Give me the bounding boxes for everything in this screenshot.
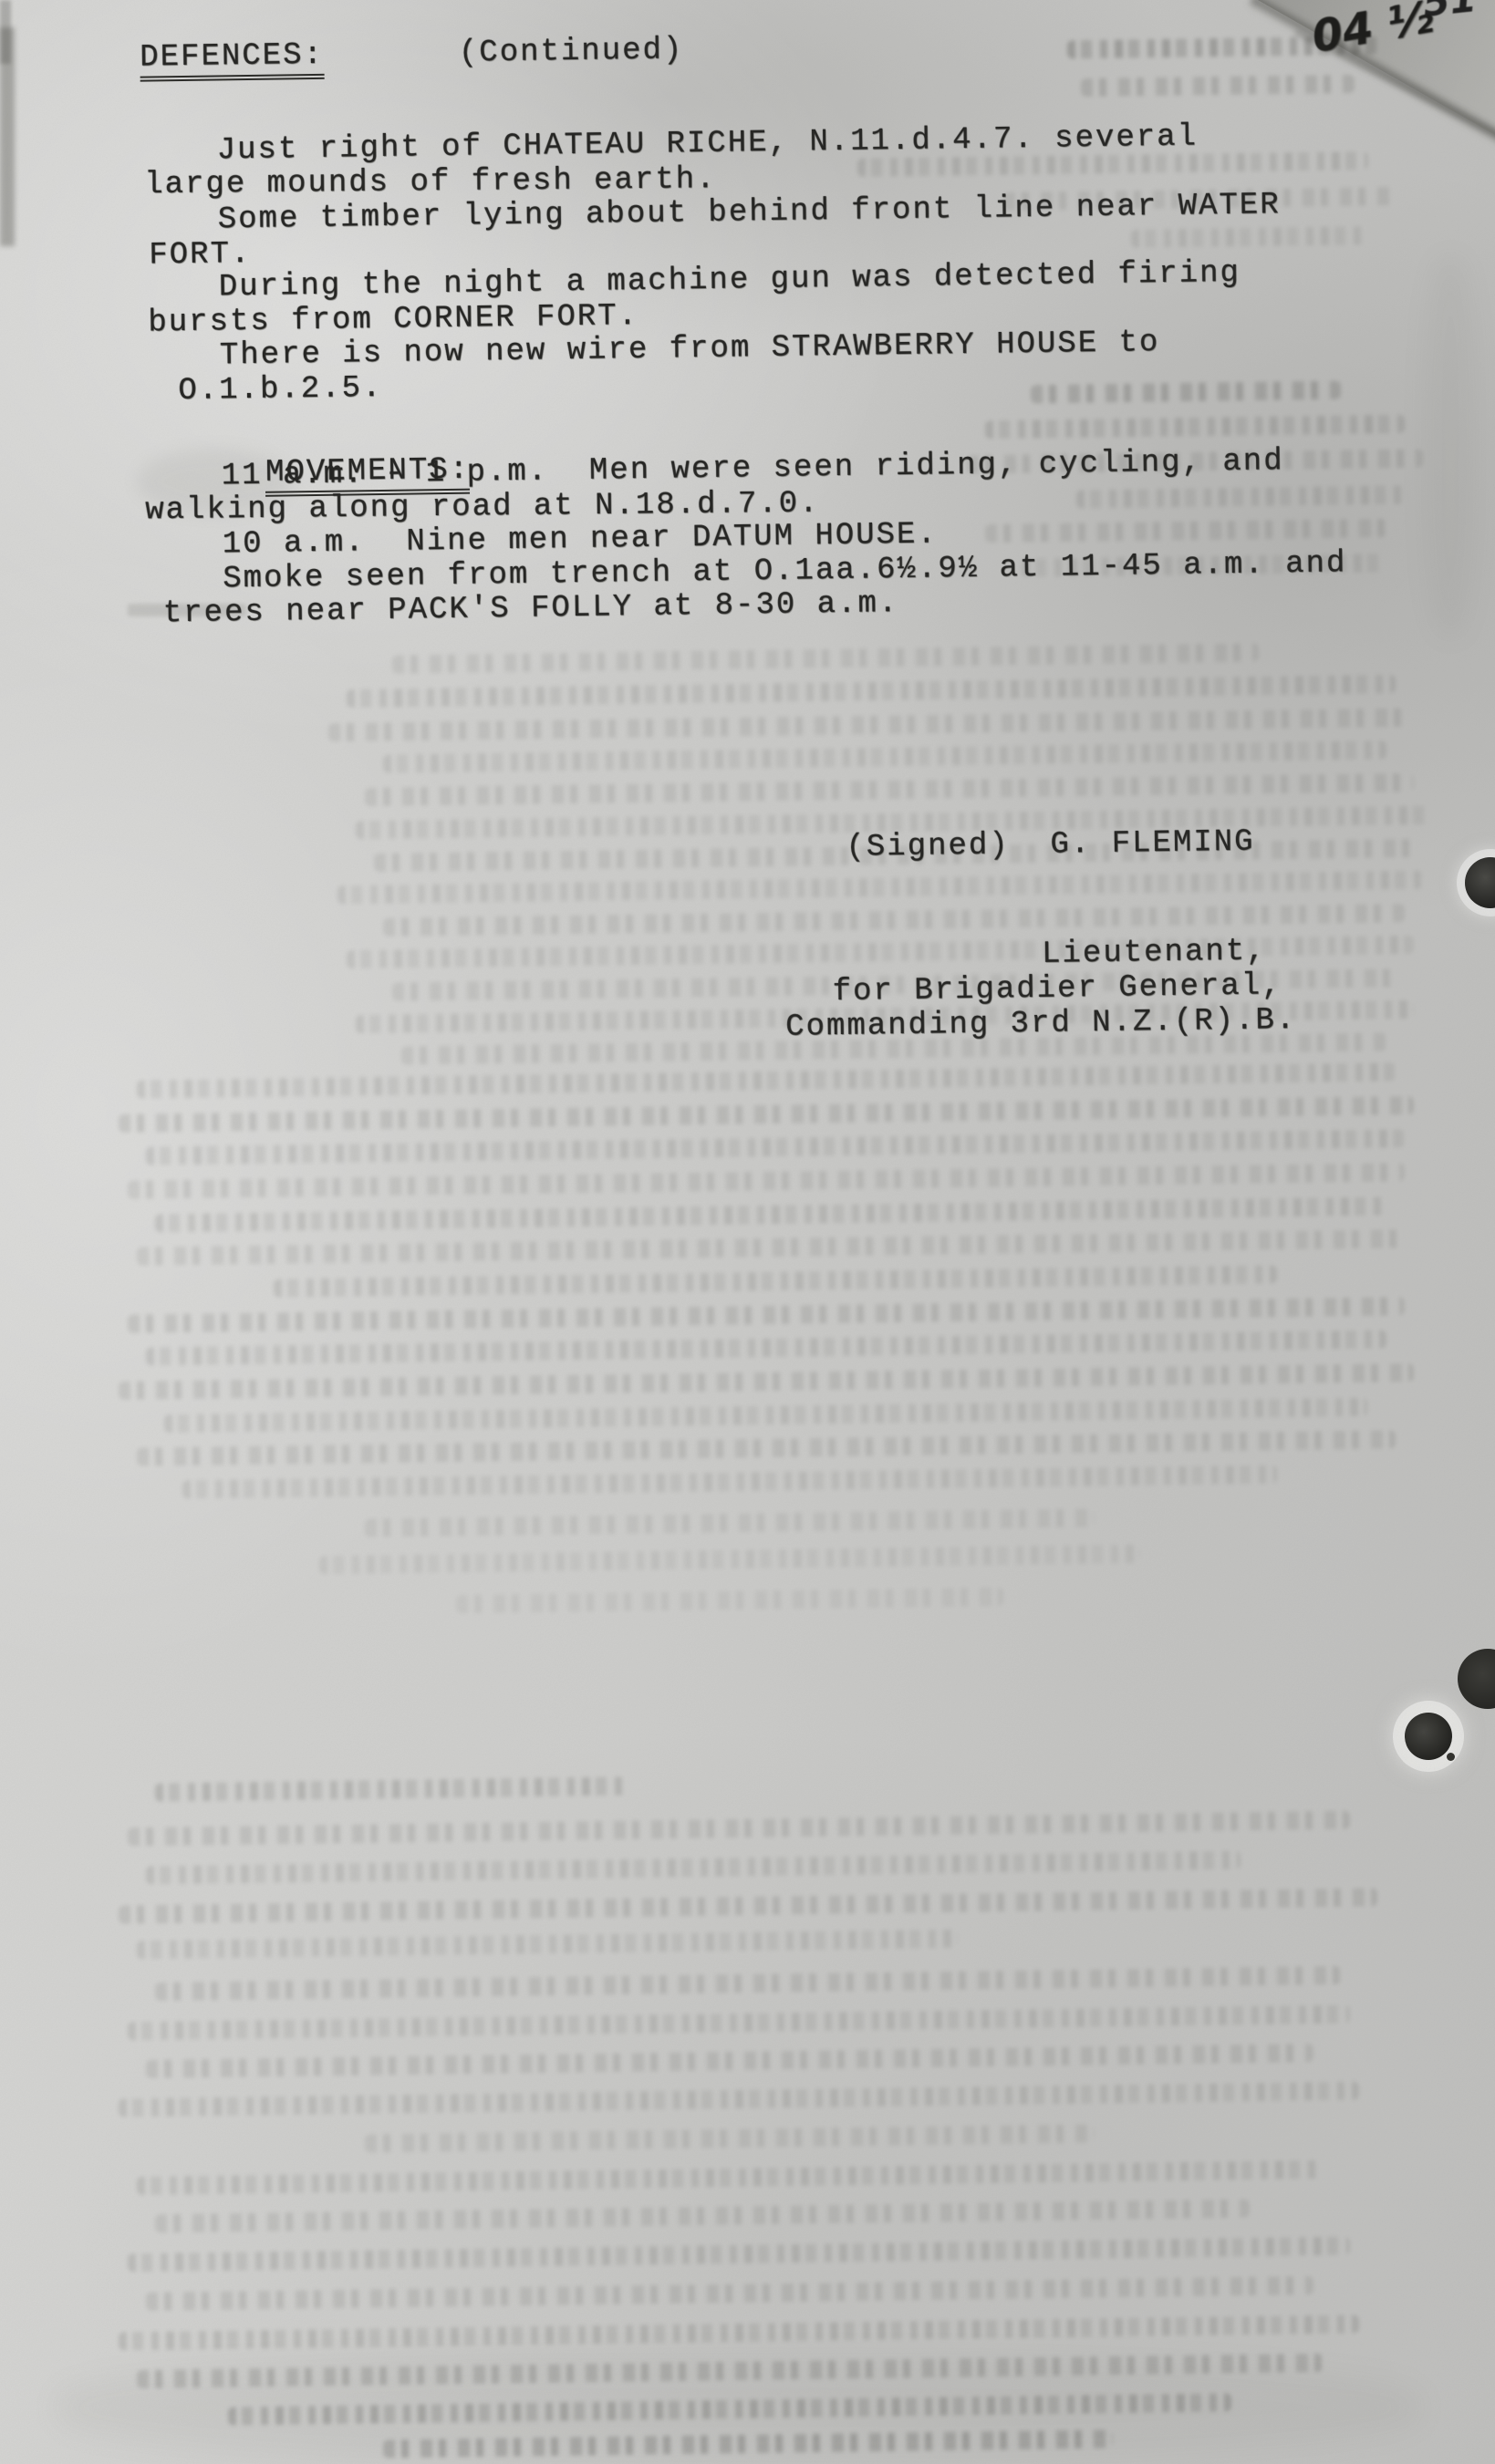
defences-line-1: Just right of CHATEAU RICHE, N.11.d.4.7.… (216, 119, 1198, 168)
paper-stain (0, 0, 11, 64)
document-page: 51 04 ½ DEFENCES: (Continued) Just right… (0, 0, 1495, 2464)
bleed-through-line (119, 2082, 1359, 2117)
bleed-through-line (146, 1129, 1405, 1165)
heading-continued: (Continued) (459, 33, 684, 70)
bleed-through-line (155, 1776, 629, 1801)
punch-hole-bottom (1405, 1713, 1452, 1760)
bleed-through-line (119, 1888, 1377, 1923)
paper-stain (0, 27, 15, 246)
signature-command: Commanding 3rd N.Z.(R).B. (785, 1003, 1297, 1045)
bleed-through-line (128, 1163, 1405, 1199)
bleed-through-line (137, 2354, 1323, 2388)
bleed-through-line (137, 2160, 1323, 2195)
signature-rank: Lieutenant, (1042, 934, 1267, 971)
bleed-through-line (137, 1430, 1396, 1465)
bleed-through-line (456, 1588, 1003, 1613)
signature-signed: (Signed) G. FLEMING (846, 825, 1255, 865)
paper-stain (55, 2353, 1423, 2462)
bleed-through-line (146, 1330, 1386, 1366)
bleed-through-line (146, 1851, 1241, 1885)
bleed-through-line (155, 1197, 1386, 1233)
typed-text-block: DEFENCES: (Continued) Just right of CHAT… (117, 17, 1482, 1131)
bleed-through-line (128, 1297, 1405, 1333)
bleed-through-line (228, 2393, 1231, 2425)
bleed-through-line (164, 1398, 1368, 1433)
section-heading-row: DEFENCES: (Continued) (140, 33, 684, 81)
bleed-through-line (155, 1966, 1341, 2001)
bleed-through-line (365, 1508, 1095, 1537)
section-heading-defences: DEFENCES: (140, 38, 324, 82)
bleed-through-line (383, 2429, 1113, 2458)
bleed-through-line (319, 1545, 1140, 1575)
defences-line-8: O.1.b.2.5. (178, 371, 383, 409)
bleed-through-line (365, 2124, 1095, 2152)
bleed-through-line (137, 1229, 1405, 1265)
ink-blob-right-edge (1458, 1649, 1495, 1709)
bleed-through-line (274, 1265, 1277, 1297)
bleed-through-line (182, 1465, 1277, 1499)
bleed-through-line (119, 2315, 1359, 2351)
bleed-through-line (137, 1930, 958, 1960)
bleed-through-line (128, 2005, 1350, 2041)
bleed-through-line (119, 1363, 1414, 1400)
ink-dot (1447, 1753, 1455, 1761)
defences-line-5: During the night a machine gun was detec… (219, 256, 1241, 305)
bleed-through-line (146, 2276, 1313, 2311)
bleed-through-line (146, 2044, 1313, 2078)
bleed-through-line (128, 1811, 1350, 1847)
defences-line-4: FORT. (149, 237, 252, 274)
bleed-through-line (155, 2200, 1250, 2233)
bleed-through-line (128, 2237, 1350, 2272)
